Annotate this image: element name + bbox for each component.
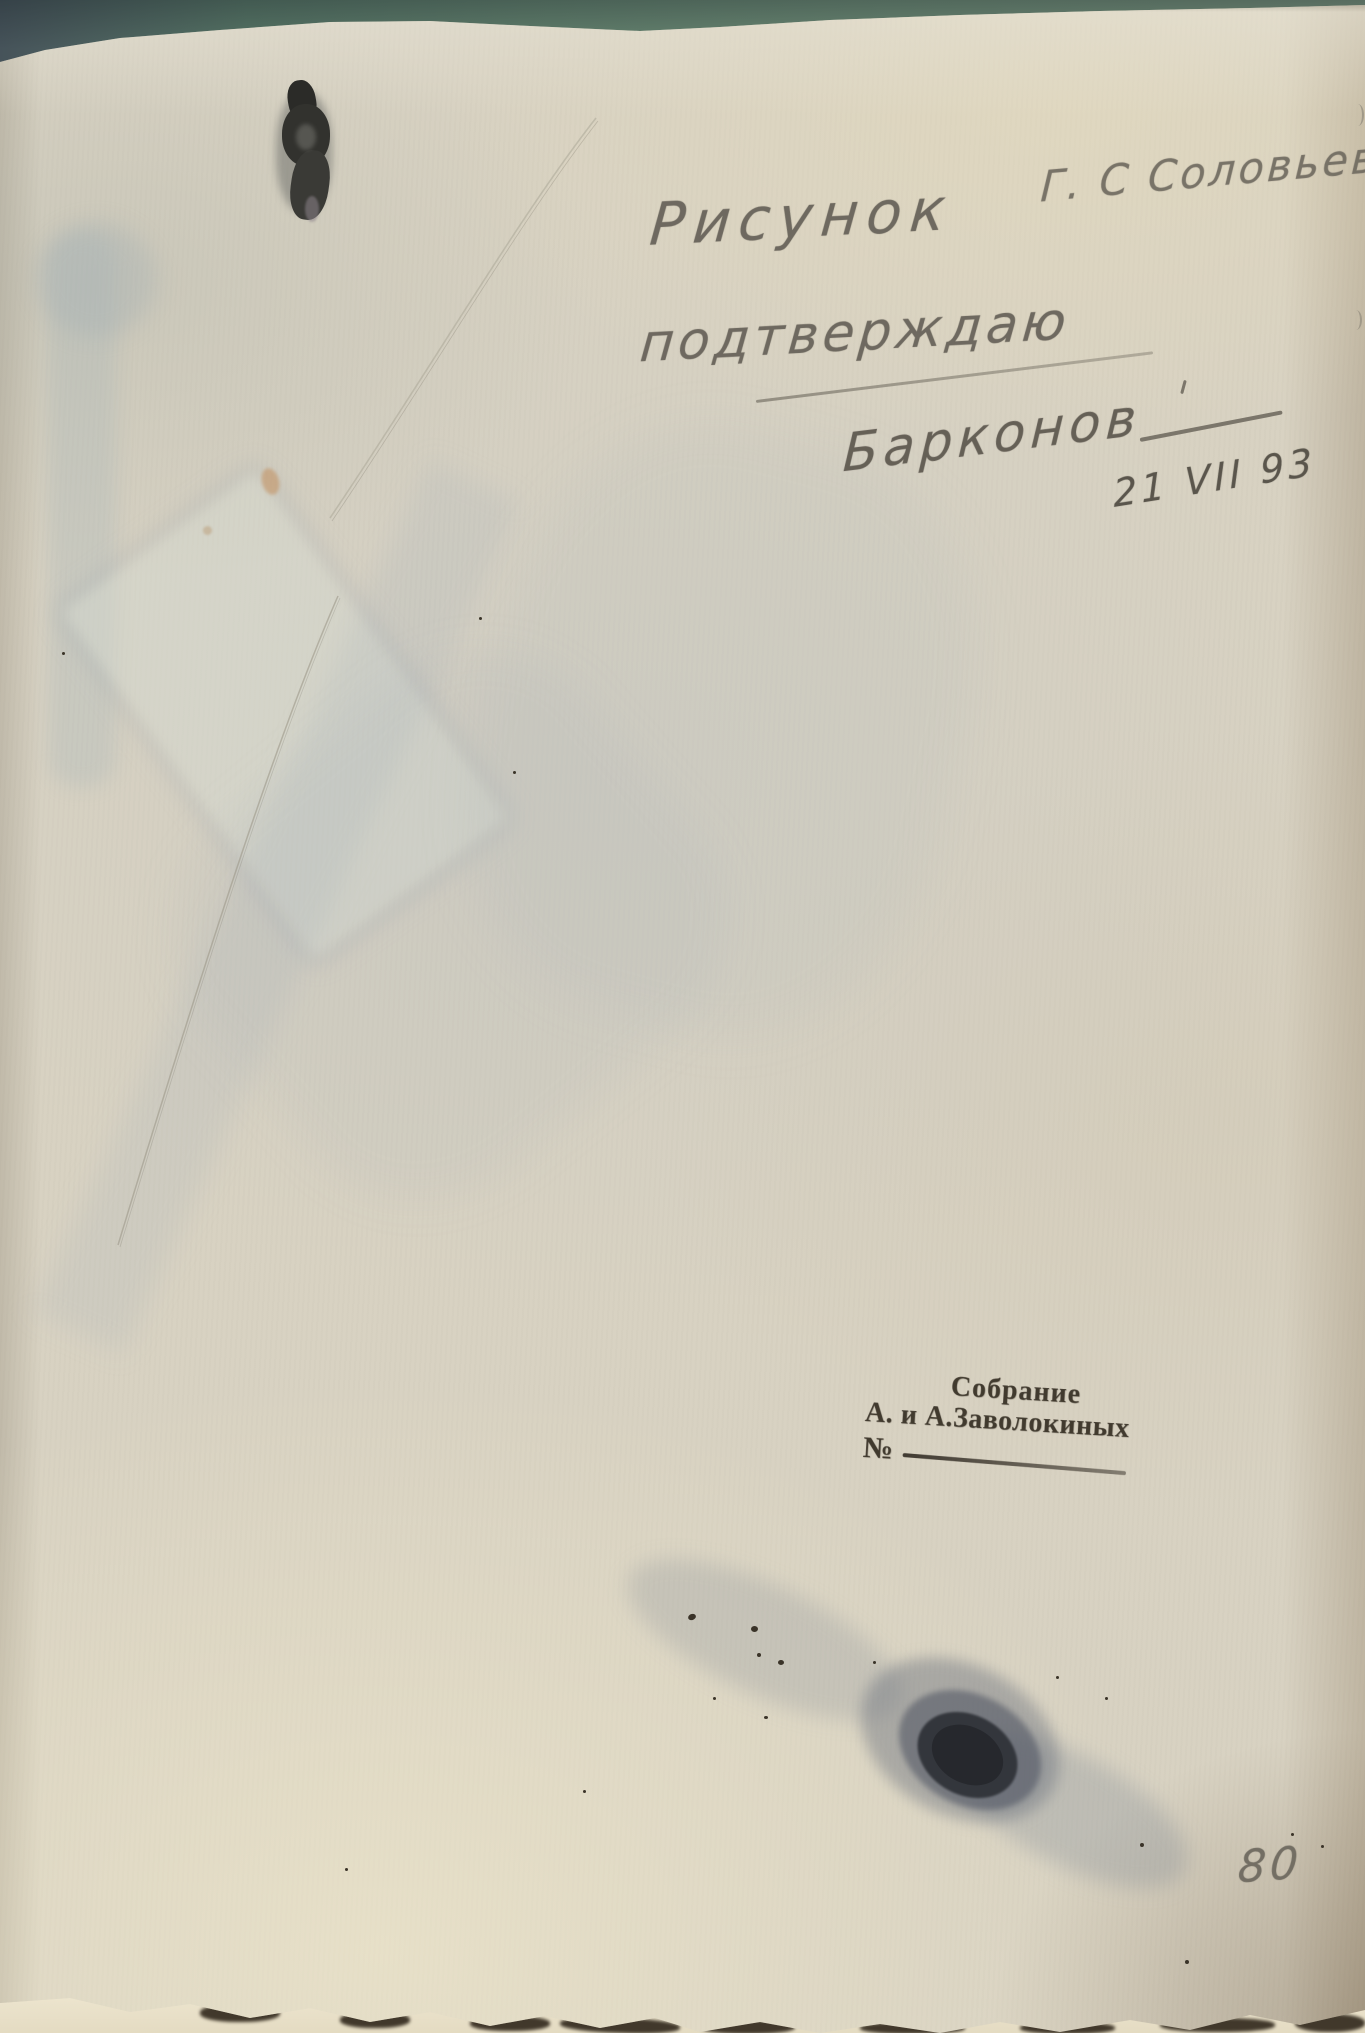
pencil-mark-fragment [1350,310,1362,330]
ink-blot-bottom-core [921,1713,1014,1798]
collection-stamp: Собрание А. и А.Заволокиных № [862,1366,1187,1484]
paper-speck [513,771,516,774]
photograph-of-drawing-verso: Рисунок Г. С Соловьева подтверждаю Барко… [0,0,1365,2033]
rust-stain [259,466,282,496]
paper-speck [778,1660,784,1665]
paper-speck [479,617,482,620]
ink-blot-top-halo [276,92,332,212]
ink-blot-bottom-halo [832,1624,1088,1855]
paper-speck [687,1613,697,1621]
ink-blot-bottom-mid [878,1666,1062,1834]
ghost-bleedthrough-wash [411,378,1030,1082]
stamp-number-line [903,1453,1127,1475]
stamp-number-prefix: № [862,1431,894,1466]
page-number: 80 [1236,1838,1303,1894]
paper-speck [764,1716,768,1719]
paper-speck [1291,1833,1294,1836]
ink-blot-top [285,78,320,124]
inscription-signature: Барконов [842,387,1143,484]
smudge-streak [929,1700,1210,1919]
signature-flourish [1140,410,1283,442]
paper-speck [1105,1697,1108,1700]
paper-speck [757,1653,761,1657]
smudge-streak [606,1527,924,1753]
ink-blot-top-highlight [296,124,316,150]
ink-blot-top [282,104,330,166]
pencil-tick [1180,380,1187,394]
paper-speck [1056,1676,1059,1679]
paper-speck [345,1868,348,1871]
rust-stain [203,526,212,535]
paper-speck [583,1790,586,1793]
paper-speck [62,652,65,655]
paper-speck [1321,1845,1324,1848]
pencil-mark-fragment [1352,104,1364,126]
ghost-bleedthrough-rectangle [62,471,509,960]
paper-speck [1185,1960,1189,1964]
paper-speck [873,1661,876,1664]
inscription-attribution: Г. С Соловьева [1039,130,1365,212]
ink-blot-top-tail [305,196,319,222]
ink-blot-top [286,148,333,223]
ink-blot-bottom [902,1695,1032,1815]
crease-lines [0,0,1365,2033]
inscription-date: 21 VII 93 [1112,440,1317,516]
ghost-bleedthrough-wash [114,592,786,1258]
paper-speck [1140,1843,1144,1847]
paper-speck [751,1626,758,1632]
inscription-confirmation: подтверждаю [638,292,1073,375]
paper-sheet: Рисунок Г. С Соловьева подтверждаю Барко… [0,0,1365,2033]
ghost-bleedthrough-diagonal [33,460,521,1354]
ghost-bleedthrough-blob [36,222,156,337]
inscription-title: Рисунок [647,175,956,259]
paper-speck [713,1697,716,1700]
ghost-bleedthrough-band-left [48,232,116,787]
